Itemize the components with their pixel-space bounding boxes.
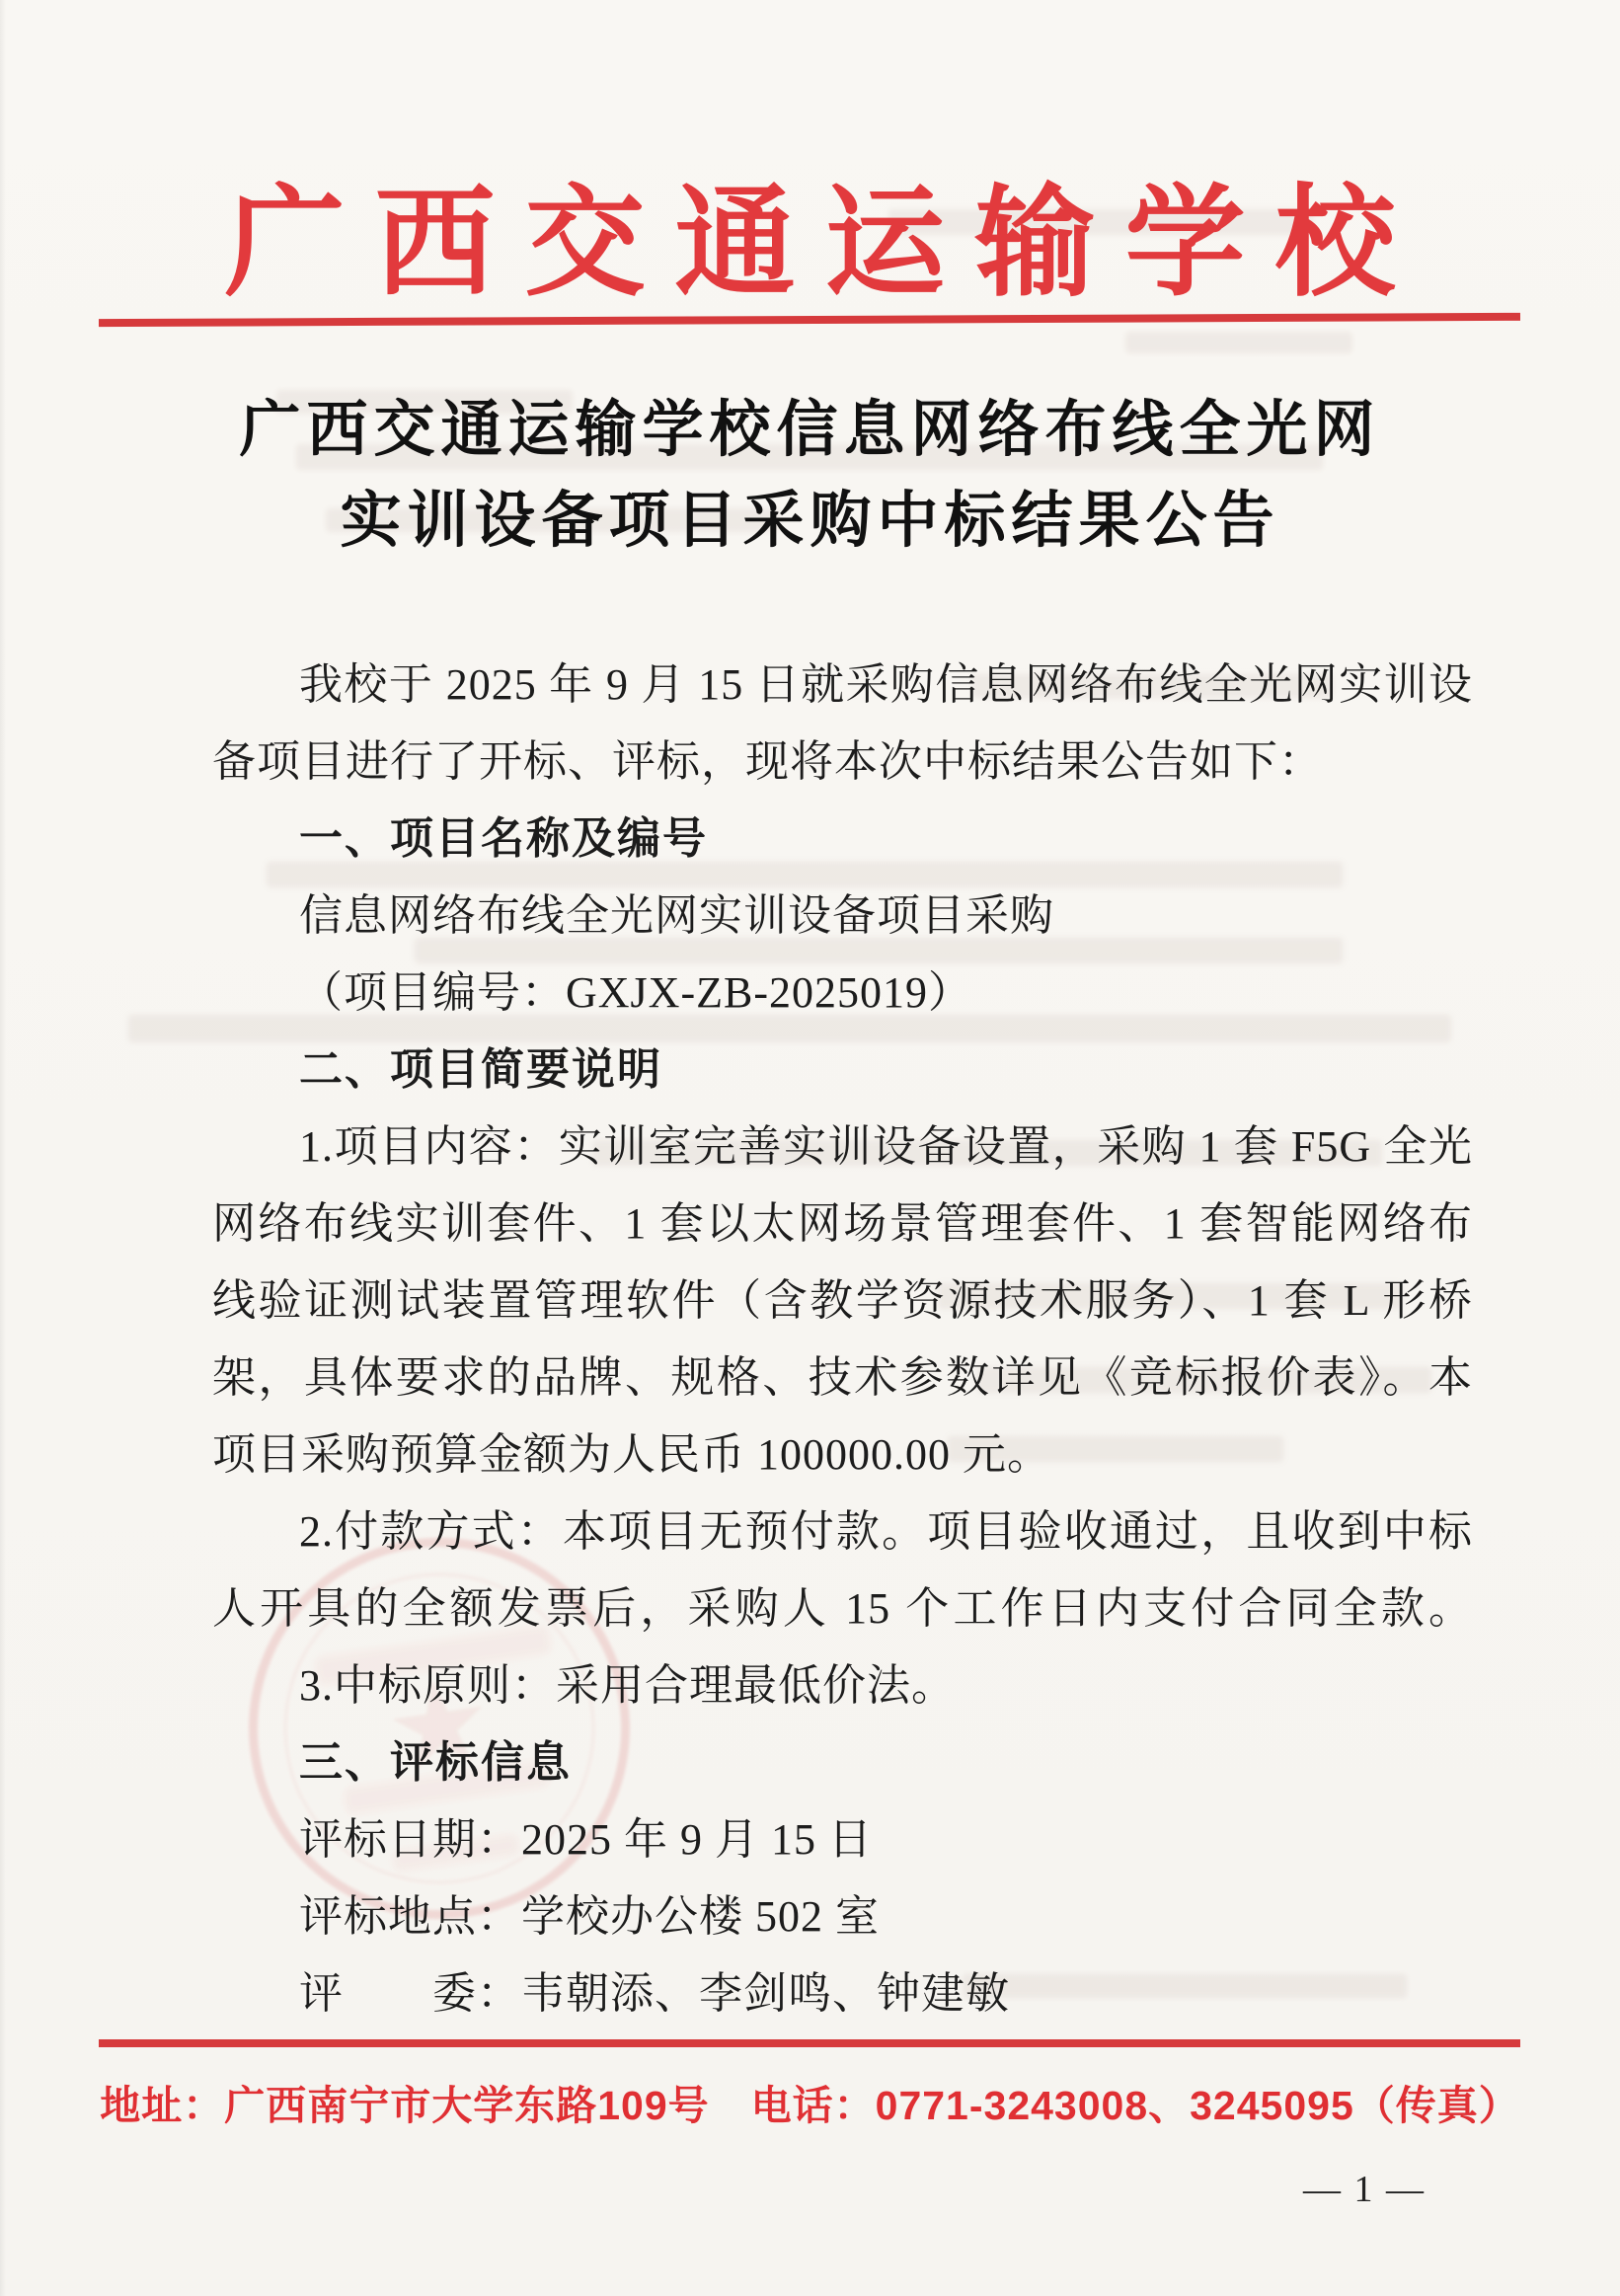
page-number: — 1 —	[1300, 2168, 1428, 2211]
section-heading-1: 一、项目名称及编号	[212, 801, 1473, 878]
scanned-document-page: ★ 广西交通运输学校 广西交通运输学校信息网络布线全光网 实训设备项目采购中标结…	[0, 0, 1620, 2296]
bleed-through-smudge	[1125, 332, 1352, 353]
footer-contact: 地址：广西南宁市大学东路109号 电话：0771-3243008、3245095…	[0, 2073, 1620, 2131]
document-title-line-1: 广西交通运输学校信息网络布线全光网	[0, 385, 1620, 476]
document-body: 我校于 2025 年 9 月 15 日就采购信息网络布线全光网实训设 备项目进行…	[212, 647, 1473, 2032]
body-line: 我校于 2025 年 9 月 15 日就采购信息网络布线全光网实训设	[212, 647, 1473, 724]
evaluation-committee-line: 评 委：韦朝添、李剑鸣、钟建敏	[212, 1955, 1473, 2032]
evaluation-date-line: 评标日期：2025 年 9 月 15 日	[212, 1801, 1473, 1878]
body-line: 架，具体要求的品牌、规格、技术参数详见《竞标报价表》。本	[212, 1339, 1473, 1416]
body-line: 人开具的全额发票后，采购人 15 个工作日内支付合同全款。	[212, 1570, 1473, 1647]
evaluation-place-line: 评标地点：学校办公楼 502 室	[212, 1878, 1473, 1955]
body-line: 备项目进行了开标、评标，现将本次中标结果公告如下：	[212, 724, 1473, 801]
project-number-line: （项目编号：GXJX-ZB-2025019）	[212, 955, 1473, 1032]
body-line: 网络布线实训套件、1 套以太网场景管理套件、1 套智能网络布	[212, 1186, 1473, 1263]
document-title: 广西交通运输学校信息网络布线全光网 实训设备项目采购中标结果公告	[0, 385, 1620, 567]
document-title-line-2: 实训设备项目采购中标结果公告	[0, 476, 1620, 567]
section-heading-2: 二、项目简要说明	[212, 1032, 1473, 1109]
body-line: 2.付款方式：本项目无预付款。项目验收通过，且收到中标	[212, 1493, 1473, 1570]
body-line: 信息网络布线全光网实训设备项目采购	[212, 878, 1473, 955]
letterhead-school-name: 广西交通运输学校	[0, 146, 1620, 319]
body-line: 项目采购预算金额为人民币 100000.00 元。	[212, 1416, 1473, 1493]
body-line: 线验证测试装置管理软件（含教学资源技术服务）、1 套 L 形桥	[212, 1263, 1473, 1339]
section-heading-3: 三、评标信息	[212, 1724, 1473, 1801]
body-line: 3.中标原则：采用合理最低价法。	[212, 1647, 1473, 1724]
footer-rule	[99, 2039, 1520, 2047]
body-line: 1.项目内容：实训室完善实训设备设置，采购 1 套 F5G 全光	[212, 1109, 1473, 1186]
